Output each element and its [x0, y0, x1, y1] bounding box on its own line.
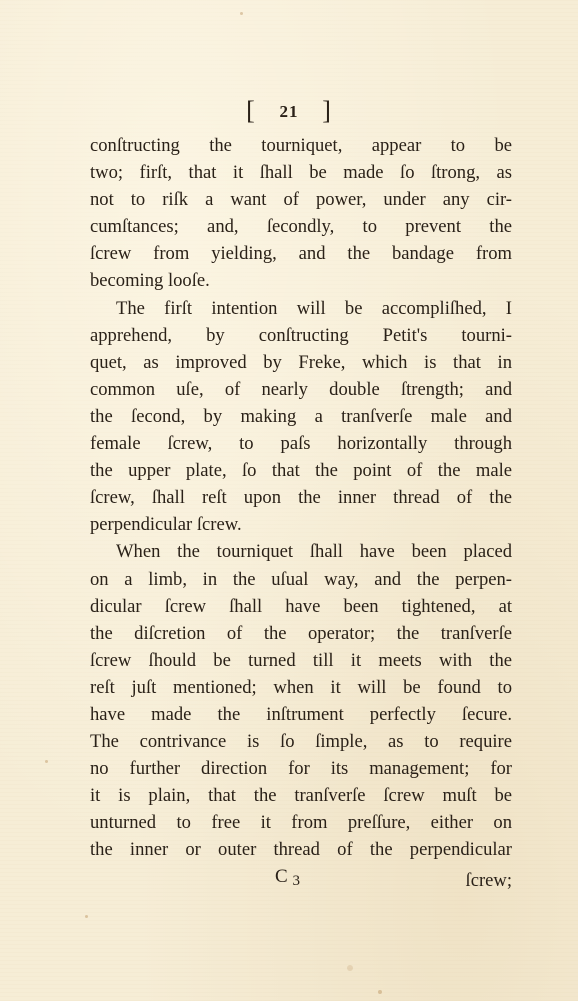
- text-line: the ſecond, by making a tranſverſe male …: [90, 403, 512, 430]
- text-line: the upper plate, ſo that the point of th…: [90, 457, 512, 484]
- paragraph-start-line: The firſt intention will be accompliſhed…: [90, 295, 512, 322]
- page-number: 21: [280, 102, 299, 121]
- signature-letter: C: [275, 866, 288, 887]
- text-line: ſcrew from yielding, and the bandage fro…: [90, 240, 512, 267]
- text-line: cumſtances; and, ſecondly, to prevent th…: [90, 213, 512, 240]
- text-line: quet, as improved by Freke, which is tha…: [90, 349, 512, 376]
- signature-number: 3: [292, 873, 300, 889]
- text-line: the diſcretion of the operator; the tran…: [90, 620, 512, 647]
- paper-speck: [45, 760, 48, 763]
- close-bracket: ]: [322, 96, 332, 125]
- paper-speck: [378, 990, 382, 994]
- text-line: two; firſt, that it ſhall be made ſo ſtr…: [90, 159, 512, 186]
- text-line: not to riſk a want of power, under any c…: [90, 186, 512, 213]
- text-line: ſcrew, ſhall reſt upon the inner thread …: [90, 484, 512, 511]
- text-line: common uſe, of nearly double ſtrength; a…: [90, 376, 512, 403]
- paper-speck: [85, 915, 88, 918]
- body-text: conſtructing the tourniquet, appear to b…: [90, 132, 512, 864]
- text-line: becoming looſe.: [90, 267, 512, 294]
- text-line: have made the inſtrument perfectly ſecur…: [90, 701, 512, 728]
- text-line: on a limb, in the uſual way, and the per…: [90, 566, 512, 593]
- paper-speck: [347, 965, 353, 971]
- catchword: ſcrew;: [466, 870, 512, 892]
- text-line: The contrivance is ſo ſimple, as to requ…: [90, 728, 512, 755]
- paragraph-start-line: When the tourniquet ſhall have been plac…: [90, 538, 512, 565]
- text-line: dicular ſcrew ſhall have been tightened,…: [90, 593, 512, 620]
- text-line: no further direction for its management;…: [90, 755, 512, 782]
- text-line: it is plain, that the tranſverſe ſcrew m…: [90, 782, 512, 809]
- text-line: ſcrew ſhould be turned till it meets wit…: [90, 647, 512, 674]
- text-line: female ſcrew, to paſs horizontally throu…: [90, 430, 512, 457]
- text-line: conſtructing the tourniquet, appear to b…: [90, 132, 512, 159]
- text-line: the inner or outer thread of the perpend…: [90, 836, 512, 863]
- text-line: unturned to free it from preſſure, eithe…: [90, 809, 512, 836]
- page-header: [ 21 ]: [0, 96, 578, 126]
- text-line: apprehend, by conſtructing Petit's tourn…: [90, 322, 512, 349]
- page-footer: C 3 ſcrew;: [90, 866, 512, 896]
- text-line: perpendicular ſcrew.: [90, 511, 512, 538]
- book-page: [ 21 ] conſtructing the tourniquet, appe…: [0, 0, 578, 1001]
- paper-speck: [240, 12, 243, 15]
- text-line: reſt juſt mentioned; when it will be fou…: [90, 674, 512, 701]
- signature-mark: C 3: [275, 866, 300, 890]
- open-bracket: [: [246, 96, 256, 125]
